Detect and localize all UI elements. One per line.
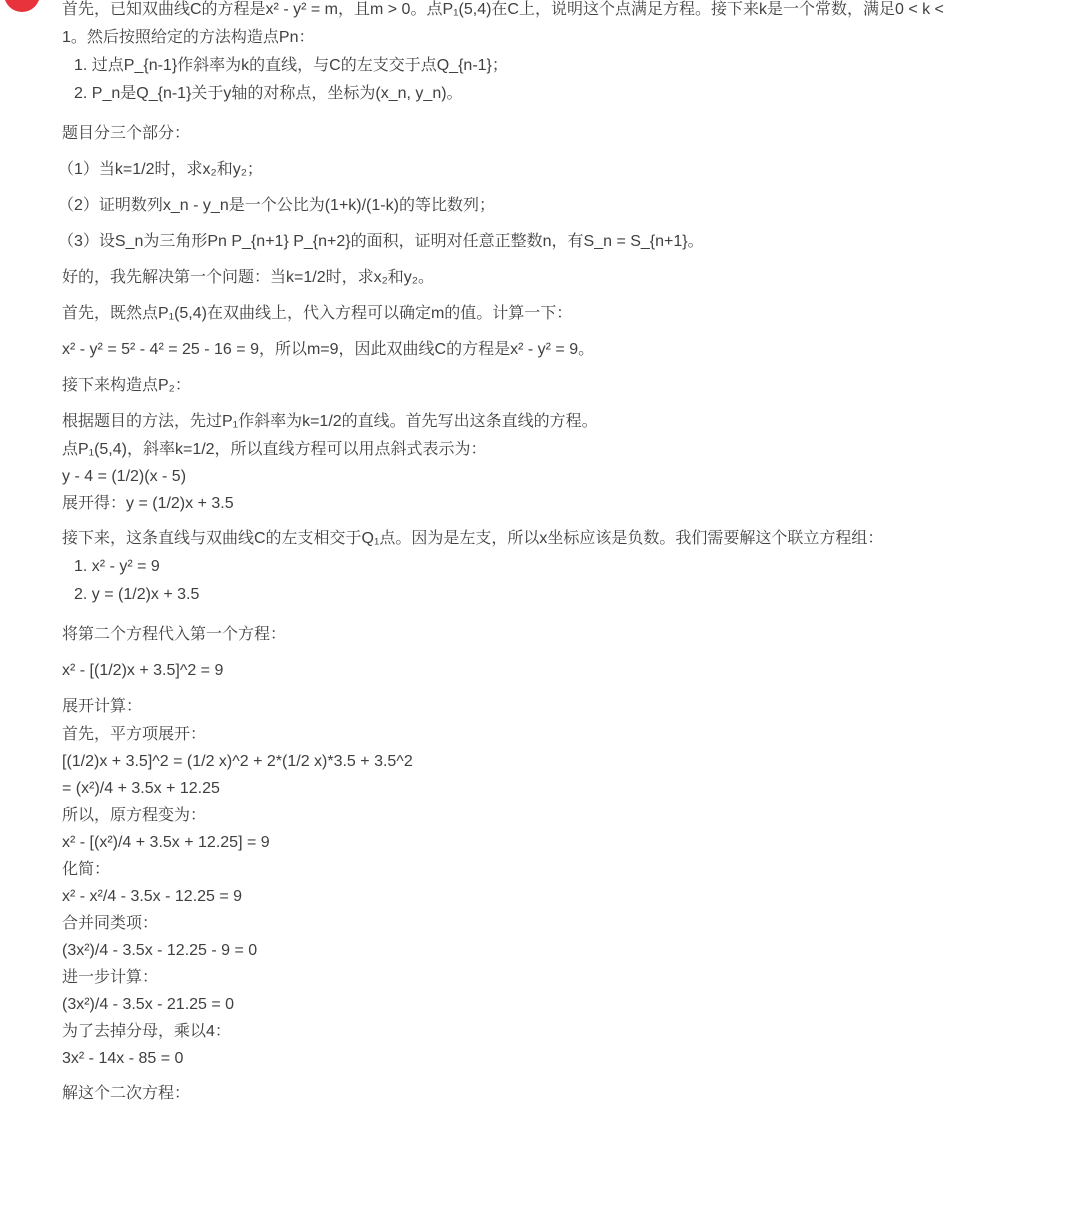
equation-line: = (x²)/4 + 3.5x + 12.25 [62, 775, 1074, 802]
construction-steps-list: 1. 过点P_{n-1}作斜率为k的直线，与C的左支交于点Q_{n-1}； 2.… [62, 52, 1074, 108]
construction-step: 1. 过点P_{n-1}作斜率为k的直线，与C的左支交于点Q_{n-1}； [74, 52, 1074, 80]
expand-square-block: 首先，平方项展开： [(1/2)x + 3.5]^2 = (1/2 x)^2 +… [62, 721, 1074, 802]
equation-line: y - 4 = (1/2)(x - 5) [62, 463, 1074, 490]
expand-heading: 展开计算： [62, 693, 1074, 721]
simplify-block: 所以，原方程变为： x² - [(x²)/4 + 3.5x + 12.25] =… [62, 802, 1074, 1018]
text-line: 点P₁(5,4)，斜率k=1/2，所以直线方程可以用点斜式表示为： [62, 436, 1074, 463]
construction-step: 2. P_n是Q_{n-1}关于y轴的对称点，坐标为(x_n, y_n)。 [74, 80, 1074, 108]
system-equation: 1. x² - y² = 9 [74, 553, 1074, 581]
equation-line: x² - [(x²)/4 + 3.5x + 12.25] = 9 [62, 829, 1074, 856]
intersect-text: 接下来，这条直线与双曲线C的左支相交于Q₁点。因为是左支，所以x坐标应该是负数。… [62, 525, 1074, 553]
equation-line: 展开得：y = (1/2)x + 3.5 [62, 490, 1074, 517]
find-m-intro: 首先，既然点P₁(5,4)在双曲线上，代入方程可以确定m的值。计算一下： [62, 300, 1074, 328]
text-line: 合并同类项： [62, 910, 1074, 937]
system-equation: 2. y = (1/2)x + 3.5 [74, 581, 1074, 609]
intro-line-2: 1。然后按照给定的方法构造点Pn： [62, 24, 1074, 52]
solution-start: 好的，我先解决第一个问题：当k=1/2时，求x₂和y₂。 [62, 264, 1074, 292]
equation-line: (3x²)/4 - 3.5x - 12.25 - 9 = 0 [62, 937, 1074, 964]
part-item: （2）证明数列x_n - y_n是一个公比为(1+k)/(1-k)的等比数列； [58, 192, 1074, 220]
clear-denominator-block: 为了去掉分母，乘以4： 3x² - 14x - 85 = 0 [62, 1018, 1074, 1072]
substitute-text: 将第二个方程代入第一个方程： [62, 621, 1074, 649]
text-line: 化简： [62, 856, 1074, 883]
equation-line: x² - x²/4 - 3.5x - 12.25 = 9 [62, 883, 1074, 910]
message-content: 首先，已知双曲线C的方程是x² - y² = m，且m > 0。点P₁(5,4)… [62, 0, 1074, 1108]
point-slope-block: 点P₁(5,4)，斜率k=1/2，所以直线方程可以用点斜式表示为： y - 4 … [62, 436, 1074, 517]
system-list: 1. x² - y² = 9 2. y = (1/2)x + 3.5 [62, 553, 1074, 609]
substituted-equation: x² - [(1/2)x + 3.5]^2 = 9 [62, 657, 1074, 685]
text-line: 所以，原方程变为： [62, 802, 1074, 829]
parts-heading: 题目分三个部分： [62, 120, 1074, 148]
method-text: 根据题目的方法，先过P₁作斜率为k=1/2的直线。首先写出这条直线的方程。 [62, 408, 1074, 436]
avatar [4, 0, 40, 12]
intro-line-1: 首先，已知双曲线C的方程是x² - y² = m，且m > 0。点P₁(5,4)… [62, 0, 1074, 24]
construct-p2: 接下来构造点P₂： [62, 372, 1074, 400]
solve-quadratic-text: 解这个二次方程： [62, 1080, 1074, 1108]
text-line: 进一步计算： [62, 964, 1074, 991]
find-m-calc: x² - y² = 5² - 4² = 25 - 16 = 9，所以m=9，因此… [62, 336, 1074, 364]
equation-line: (3x²)/4 - 3.5x - 21.25 = 0 [62, 991, 1074, 1018]
equation-line: [(1/2)x + 3.5]^2 = (1/2 x)^2 + 2*(1/2 x)… [62, 748, 1074, 775]
text-line: 为了去掉分母，乘以4： [62, 1018, 1074, 1045]
text-line: 首先，平方项展开： [62, 721, 1074, 748]
equation-line: 3x² - 14x - 85 = 0 [62, 1045, 1074, 1072]
part-item: （1）当k=1/2时，求x₂和y₂； [58, 156, 1074, 184]
part-item: （3）设S_n为三角形Pn P_{n+1} P_{n+2}的面积，证明对任意正整… [58, 228, 1074, 256]
